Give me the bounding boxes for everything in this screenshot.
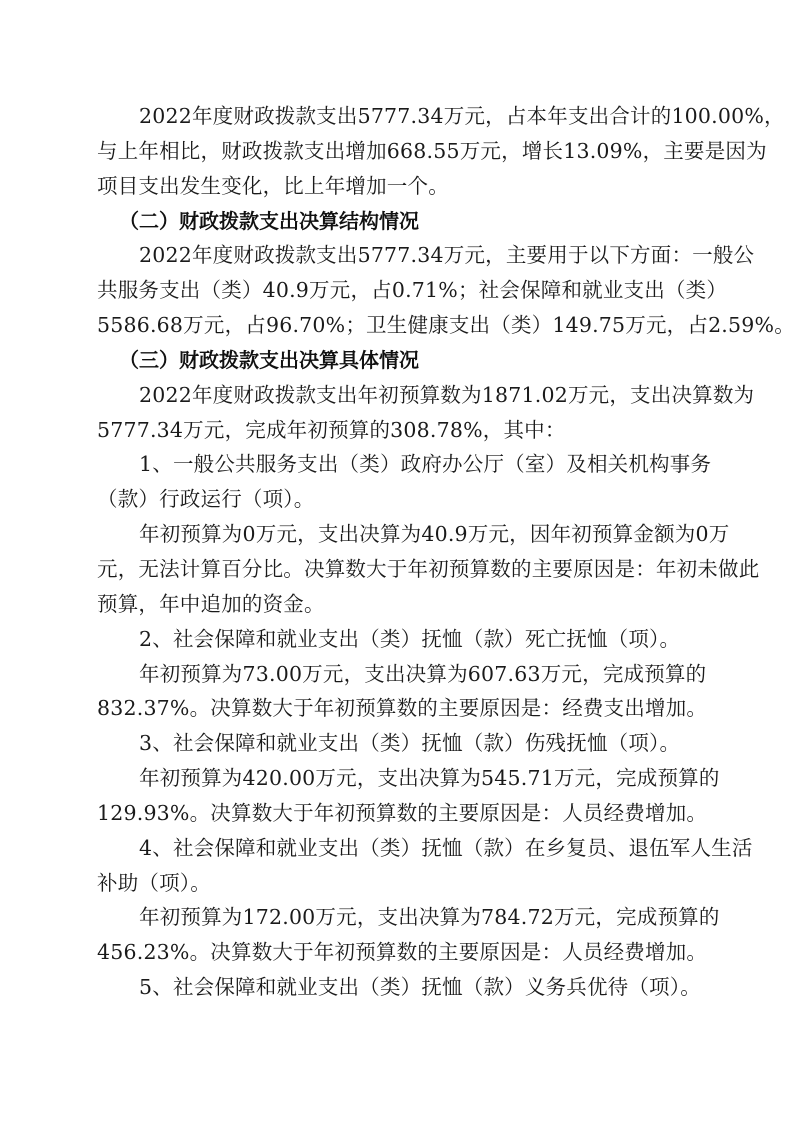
item-2-detail: 年初预算为73.00万元，支出决算为607.63万元，完成预算的 832.37%… bbox=[97, 657, 699, 727]
text-line: 年初预算为172.00万元，支出决算为784.72万元，完成预算的 bbox=[97, 900, 699, 935]
text-line: 项目支出发生变化，比上年增加一个。 bbox=[97, 169, 699, 204]
text-line: 与上年相比，财政拨款支出增加668.55万元，增长13.09%，主要是因为 bbox=[97, 134, 699, 169]
text-line: 年初预算为0万元，支出决算为40.9万元，因年初预算金额为0万 bbox=[97, 517, 699, 552]
text-line: 元，无法计算百分比。决算数大于年初预算数的主要原因是：年初未做此 bbox=[97, 552, 699, 587]
text-line: 4、社会保障和就业支出（类）抚恤（款）在乡复员、退伍军人生活 bbox=[97, 831, 699, 866]
text-line: 5、社会保障和就业支出（类）抚恤（款）义务兵优待（项）。 bbox=[97, 970, 699, 1005]
text-line: 2022年度财政拨款支出5777.34万元，主要用于以下方面：一般公 bbox=[97, 238, 699, 273]
text-line: 预算，年中追加的资金。 bbox=[97, 587, 699, 622]
text-line: （款）行政运行（项）。 bbox=[97, 482, 699, 517]
section-heading-details: （三）财政拨款支出决算具体情况 bbox=[97, 343, 699, 378]
text-line: 5777.34万元，完成年初预算的308.78%，其中： bbox=[97, 413, 699, 448]
text-line: 补助（项）。 bbox=[97, 866, 699, 901]
item-3-title: 3、社会保障和就业支出（类）抚恤（款）伤残抚恤（项）。 bbox=[97, 726, 699, 761]
item-2-title: 2、社会保障和就业支出（类）抚恤（款）死亡抚恤（项）。 bbox=[97, 622, 699, 657]
item-4-detail: 年初预算为172.00万元，支出决算为784.72万元，完成预算的 456.23… bbox=[97, 900, 699, 970]
document-page: 2022年度财政拨款支出5777.34万元，占本年支出合计的100.00%， 与… bbox=[97, 99, 699, 1005]
text-line: 832.37%。决算数大于年初预算数的主要原因是：经费支出增加。 bbox=[97, 691, 699, 726]
text-line: 共服务支出（类）40.9万元，占0.71%；社会保障和就业支出（类） bbox=[97, 273, 699, 308]
section-heading-structure: （二）财政拨款支出决算结构情况 bbox=[97, 204, 699, 239]
paragraph-total-expenditure: 2022年度财政拨款支出5777.34万元，占本年支出合计的100.00%， 与… bbox=[97, 99, 699, 204]
text-line: 1、一般公共服务支出（类）政府办公厅（室）及相关机构事务 bbox=[97, 447, 699, 482]
item-4-title: 4、社会保障和就业支出（类）抚恤（款）在乡复员、退伍军人生活 补助（项）。 bbox=[97, 831, 699, 901]
item-1-detail: 年初预算为0万元，支出决算为40.9万元，因年初预算金额为0万 元，无法计算百分… bbox=[97, 517, 699, 622]
text-line: 年初预算为73.00万元，支出决算为607.63万元，完成预算的 bbox=[97, 657, 699, 692]
paragraph-structure: 2022年度财政拨款支出5777.34万元，主要用于以下方面：一般公 共服务支出… bbox=[97, 238, 699, 343]
text-line: 129.93%。决算数大于年初预算数的主要原因是：人员经费增加。 bbox=[97, 796, 699, 831]
paragraph-budget-overview: 2022年度财政拨款支出年初预算数为1871.02万元，支出决算数为 5777.… bbox=[97, 378, 699, 448]
text-line: 2022年度财政拨款支出5777.34万元，占本年支出合计的100.00%， bbox=[97, 99, 699, 134]
text-line: 3、社会保障和就业支出（类）抚恤（款）伤残抚恤（项）。 bbox=[97, 726, 699, 761]
item-1-title: 1、一般公共服务支出（类）政府办公厅（室）及相关机构事务 （款）行政运行（项）。 bbox=[97, 447, 699, 517]
item-3-detail: 年初预算为420.00万元，支出决算为545.71万元，完成预算的 129.93… bbox=[97, 761, 699, 831]
text-line: 年初预算为420.00万元，支出决算为545.71万元，完成预算的 bbox=[97, 761, 699, 796]
text-line: 456.23%。决算数大于年初预算数的主要原因是：人员经费增加。 bbox=[97, 935, 699, 970]
item-5-title: 5、社会保障和就业支出（类）抚恤（款）义务兵优待（项）。 bbox=[97, 970, 699, 1005]
text-line: 2、社会保障和就业支出（类）抚恤（款）死亡抚恤（项）。 bbox=[97, 622, 699, 657]
text-line: 5586.68万元，占96.70%；卫生健康支出（类）149.75万元，占2.5… bbox=[97, 308, 699, 343]
text-line: 2022年度财政拨款支出年初预算数为1871.02万元，支出决算数为 bbox=[97, 378, 699, 413]
